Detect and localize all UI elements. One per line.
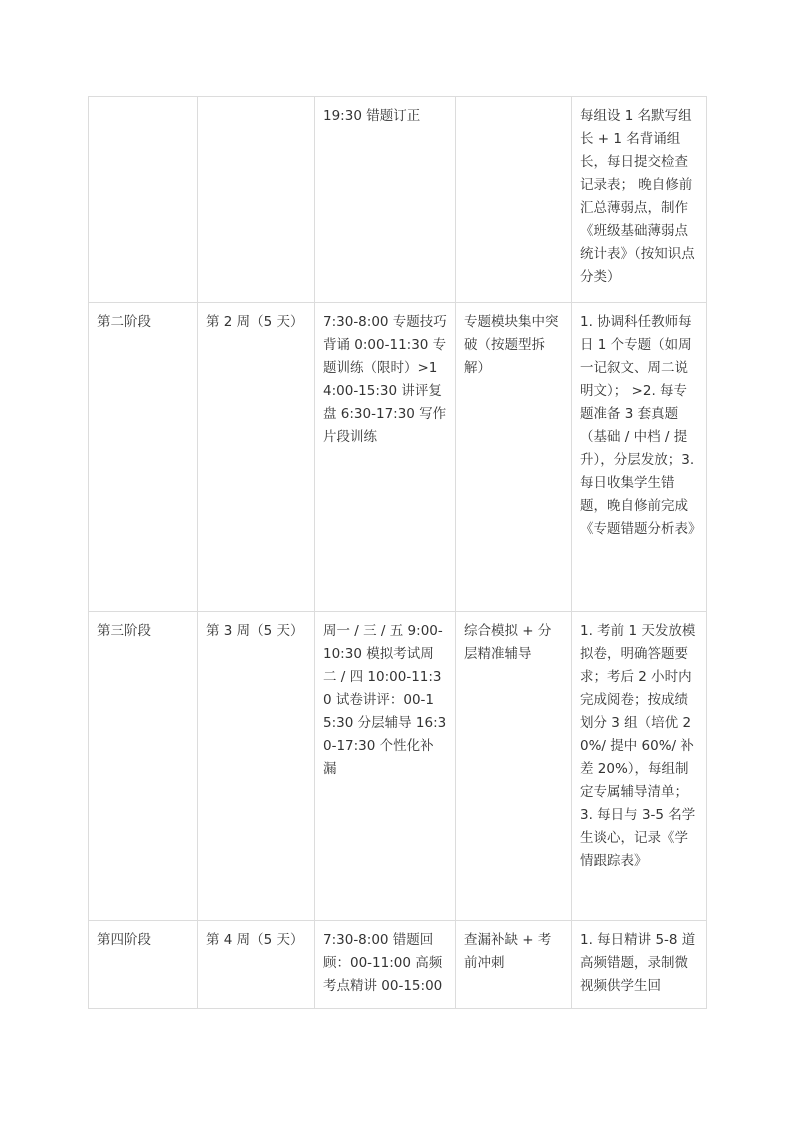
schedule-cell: 7:30-8:00 错题回顾：00-11:00 高频考点精讲 00-15:00 [315, 921, 456, 1009]
table-row: 第三阶段 第 3 周（5 天） 周一 / 三 / 五 9:00-10:30 模拟… [89, 612, 707, 921]
schedule-cell: 周一 / 三 / 五 9:00-10:30 模拟考试周二 / 四 10:00-1… [315, 612, 456, 921]
measures-cell: 1. 协调科任教师每日 1 个专题（如周一记叙文、周二说明文）； >2. 每专题… [572, 303, 707, 612]
focus-cell: 查漏补缺 + 考前冲刺 [456, 921, 572, 1009]
measures-cell: 1. 考前 1 天发放模拟卷，明确答题要求；考后 2 小时内完成阅卷；按成绩划分… [572, 612, 707, 921]
focus-cell [456, 97, 572, 303]
stage-cell: 第二阶段 [89, 303, 198, 612]
stage-cell: 第三阶段 [89, 612, 198, 921]
schedule-cell: 7:30-8:00 专题技巧背诵 0:00-11:30 专题训练（限时）>14:… [315, 303, 456, 612]
focus-cell: 专题模块集中突破（按题型拆解） [456, 303, 572, 612]
schedule-cell: 19:30 错题订正 [315, 97, 456, 303]
week-cell: 第 3 周（5 天） [198, 612, 315, 921]
week-cell [198, 97, 315, 303]
table-row: 19:30 错题订正 每组设 1 名默写组长 + 1 名背诵组长，每日提交检查记… [89, 97, 707, 303]
week-cell: 第 4 周（5 天） [198, 921, 315, 1009]
table-row: 第二阶段 第 2 周（5 天） 7:30-8:00 专题技巧背诵 0:00-11… [89, 303, 707, 612]
focus-cell: 综合模拟 + 分层精准辅导 [456, 612, 572, 921]
table-row: 第四阶段 第 4 周（5 天） 7:30-8:00 错题回顾：00-11:00 … [89, 921, 707, 1009]
stage-cell: 第四阶段 [89, 921, 198, 1009]
measures-cell: 每组设 1 名默写组长 + 1 名背诵组长，每日提交检查记录表； 晚自修前汇总薄… [572, 97, 707, 303]
week-cell: 第 2 周（5 天） [198, 303, 315, 612]
stage-cell [89, 97, 198, 303]
measures-cell: 1. 每日精讲 5-8 道高频错题，录制微视频供学生回 [572, 921, 707, 1009]
plan-table: 19:30 错题订正 每组设 1 名默写组长 + 1 名背诵组长，每日提交检查记… [88, 96, 707, 1009]
